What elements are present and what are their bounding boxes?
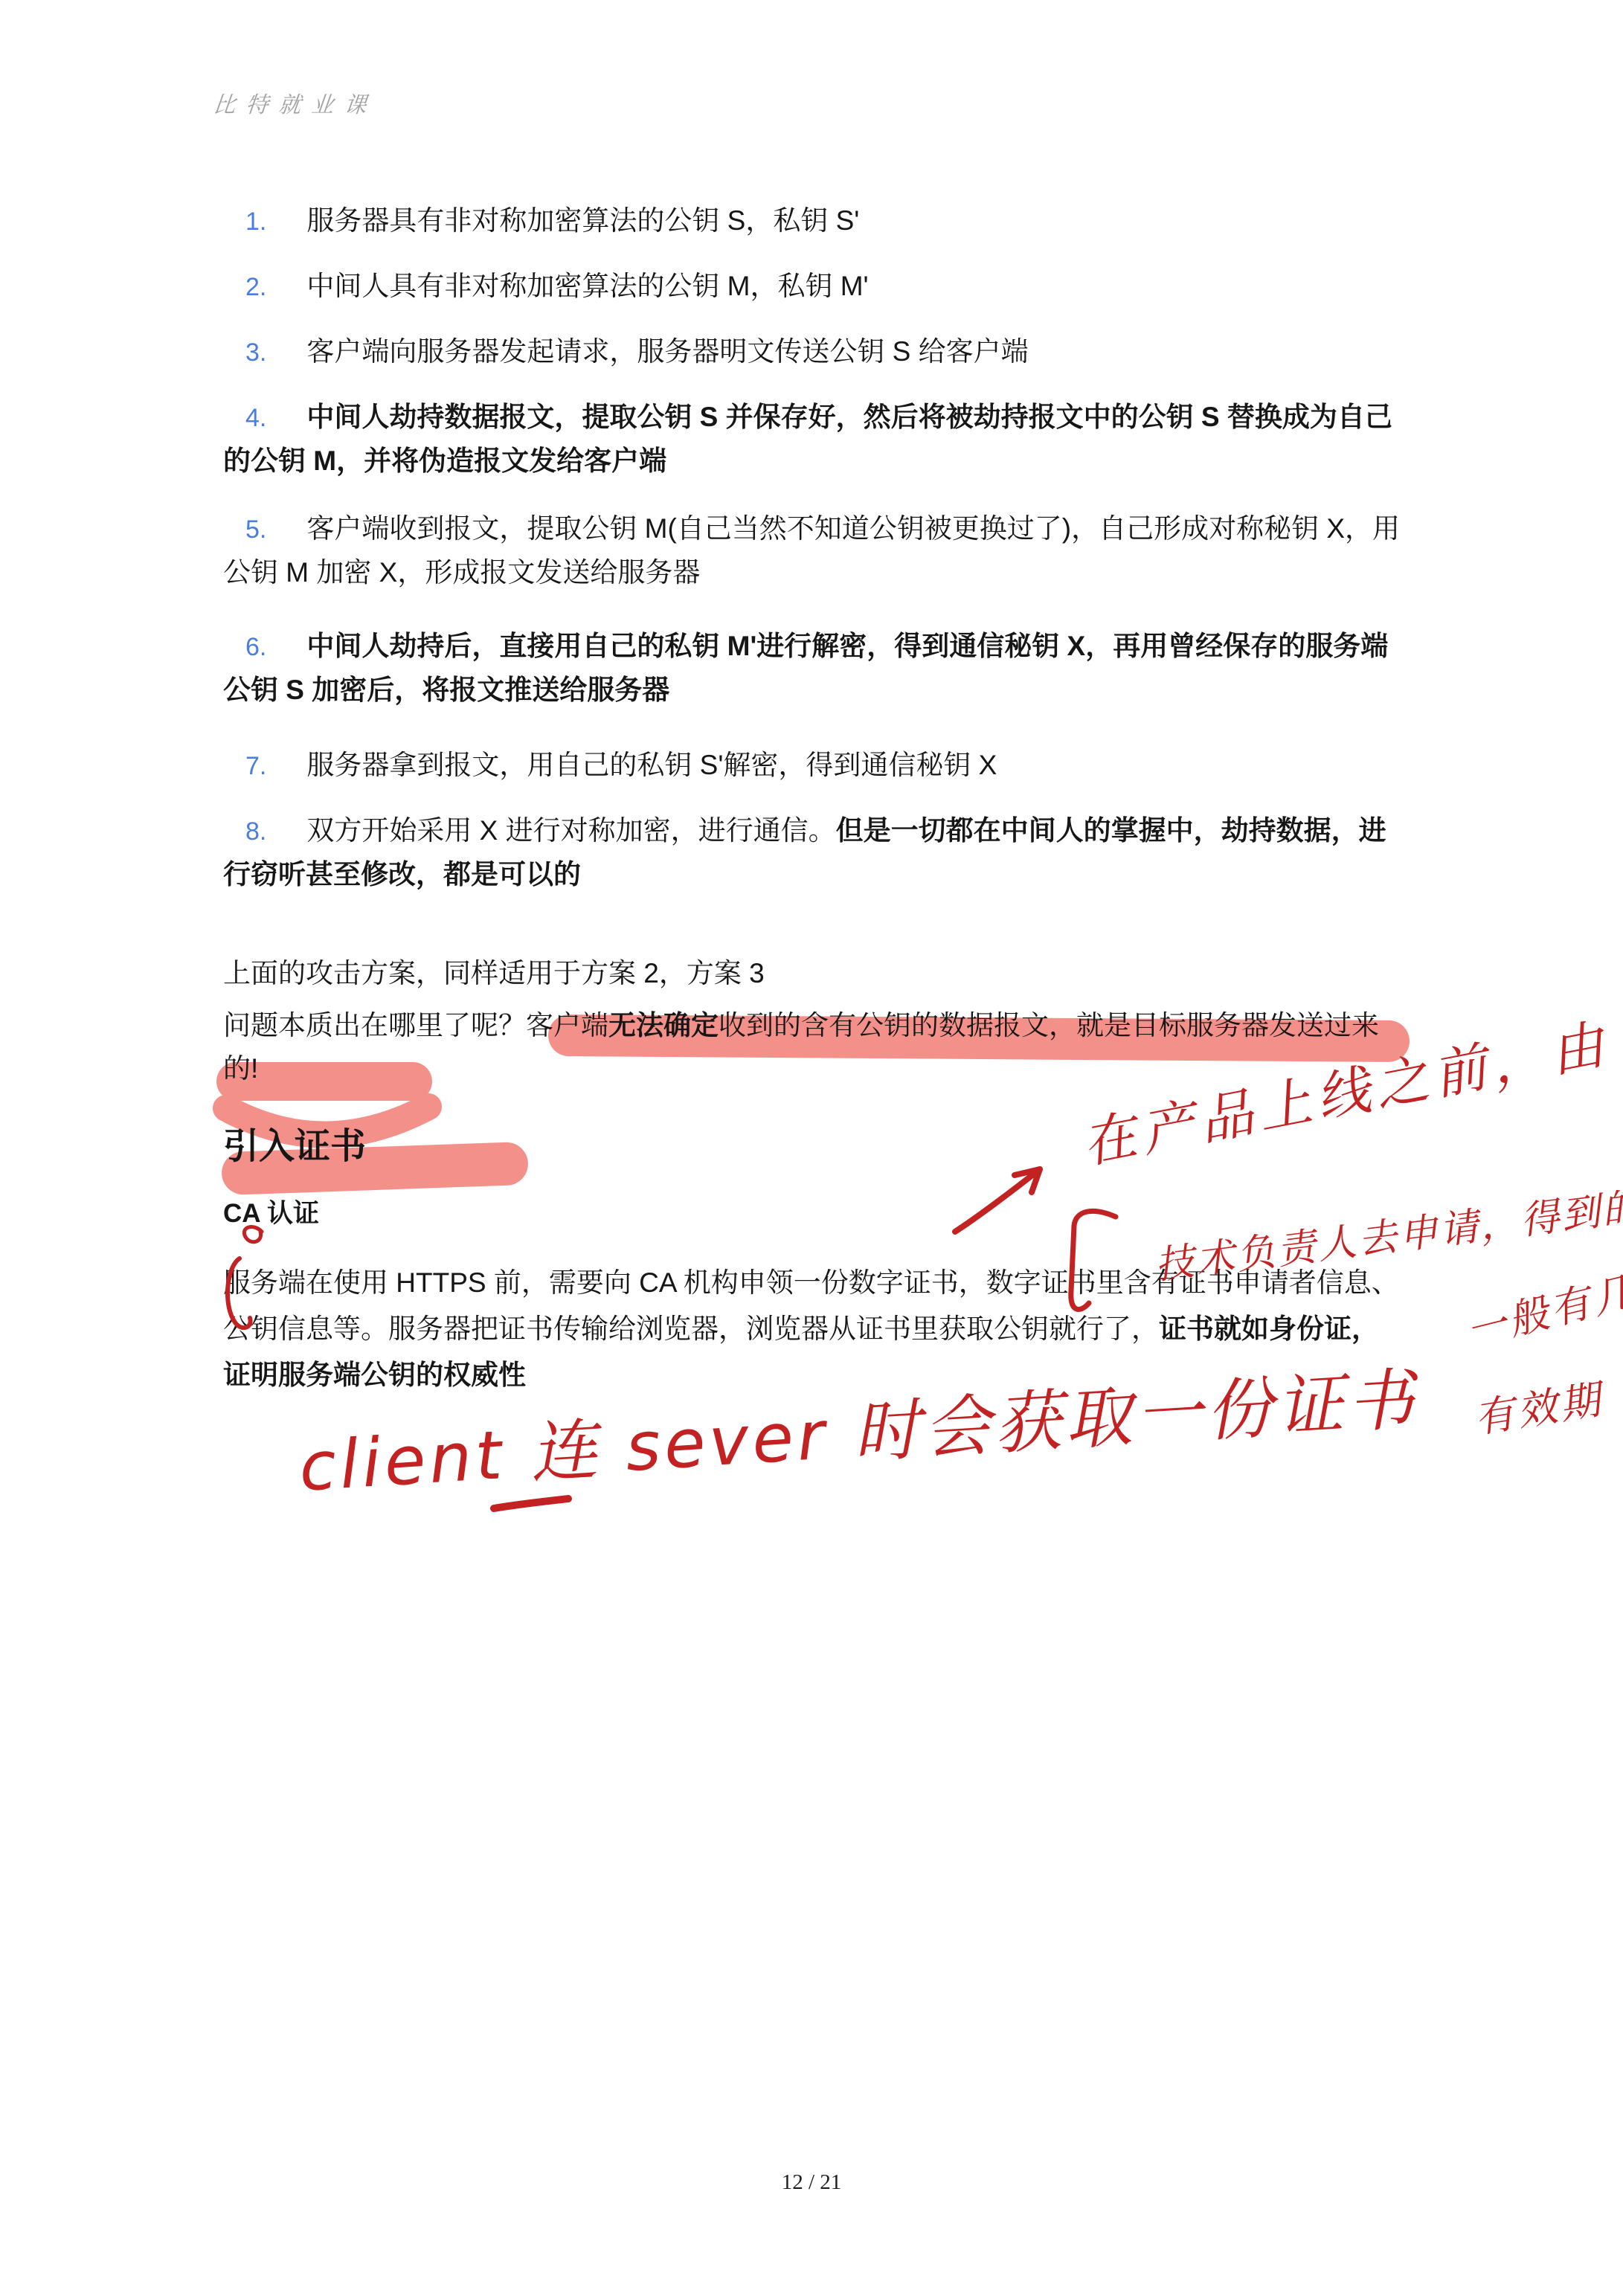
list-item: 1.服务器具有非对称加密算法的公钥 S，私钥 S' bbox=[223, 199, 1404, 243]
page-number: 12 / 21 bbox=[0, 2170, 1623, 2195]
list-item: 4.中间人劫持数据报文，提取公钥 S 并保存好，然后将被劫持报文中的公钥 S 替… bbox=[223, 396, 1404, 483]
list-number: 8. bbox=[245, 817, 266, 846]
watermark: 比特就业课 bbox=[212, 86, 379, 119]
section-subtitle: CA 认证 bbox=[223, 1197, 319, 1230]
list-item: 5.客户端收到报文，提取公钥 M(自己当然不知道公钥被更换过了)，自己形成对称秘… bbox=[223, 507, 1404, 594]
list-number: 7. bbox=[245, 752, 266, 780]
list-number: 6. bbox=[245, 633, 266, 661]
list-text: 中间人劫持后，直接用自己的私钥 M'进行解密，得到通信秘钥 X，再用曾经保存的服… bbox=[223, 631, 1388, 705]
list-item: 8.双方开始采用 X 进行对称加密，进行通信。但是一切都在中间人的掌握中，劫持数… bbox=[223, 809, 1404, 896]
list-text: 客户端向服务器发起请求，服务器明文传送公钥 S 给客户端 bbox=[306, 336, 1028, 367]
list-item: 2.中间人具有非对称加密算法的公钥 M，私钥 M' bbox=[223, 265, 1404, 309]
list-text: 客户端收到报文，提取公钥 M(自己当然不知道公钥被更换过了)，自己形成对称秘钥 … bbox=[223, 513, 1400, 588]
paragraph-attack-note: 上面的攻击方案，同样适用于方案 2，方案 3 bbox=[223, 952, 1404, 995]
handwritten-note-right-1: 一般有几年 bbox=[1459, 1250, 1623, 1357]
list-text: 服务器拿到报文，用自己的私钥 S'解密，得到通信秘钥 X bbox=[306, 750, 997, 780]
list-item: 6.中间人劫持后，直接用自己的私钥 M'进行解密，得到通信秘钥 X，再用曾经保存… bbox=[223, 625, 1404, 712]
list-number: 4. bbox=[245, 404, 266, 432]
list-number: 2. bbox=[245, 273, 266, 301]
problem-text-bold: 无法确定 bbox=[608, 1010, 719, 1041]
list-number: 5. bbox=[245, 515, 266, 544]
list-text: 服务器具有非对称加密算法的公钥 S，私钥 S' bbox=[306, 205, 859, 236]
arrow-icon bbox=[955, 1169, 1040, 1232]
list-text: 中间人具有非对称加密算法的公钥 M，私钥 M' bbox=[306, 271, 868, 301]
ink-underline-icon bbox=[494, 1499, 568, 1508]
problem-text: 问题本质出在哪里了呢？客户端 bbox=[223, 1010, 608, 1041]
list-text: 中间人劫持数据报文，提取公钥 S 并保存好，然后将被劫持报文中的公钥 S 替换成… bbox=[223, 402, 1392, 476]
list-number: 1. bbox=[245, 208, 266, 236]
list-item: 3.客户端向服务器发起请求，服务器明文传送公钥 S 给客户端 bbox=[223, 330, 1404, 374]
list-item: 7.服务器拿到报文，用自己的私钥 S'解密，得到通信秘钥 X bbox=[223, 744, 1404, 788]
handwritten-note-right-2: 有效期 bbox=[1470, 1368, 1607, 1444]
list-number: 3. bbox=[245, 338, 266, 367]
section-title: 引入证书 bbox=[223, 1126, 366, 1168]
list-text: 双方开始采用 X 进行对称加密，进行通信。 bbox=[306, 815, 835, 846]
document-page: { "colors": { "accent_blue": "#4a7de0", … bbox=[0, 0, 1623, 2296]
